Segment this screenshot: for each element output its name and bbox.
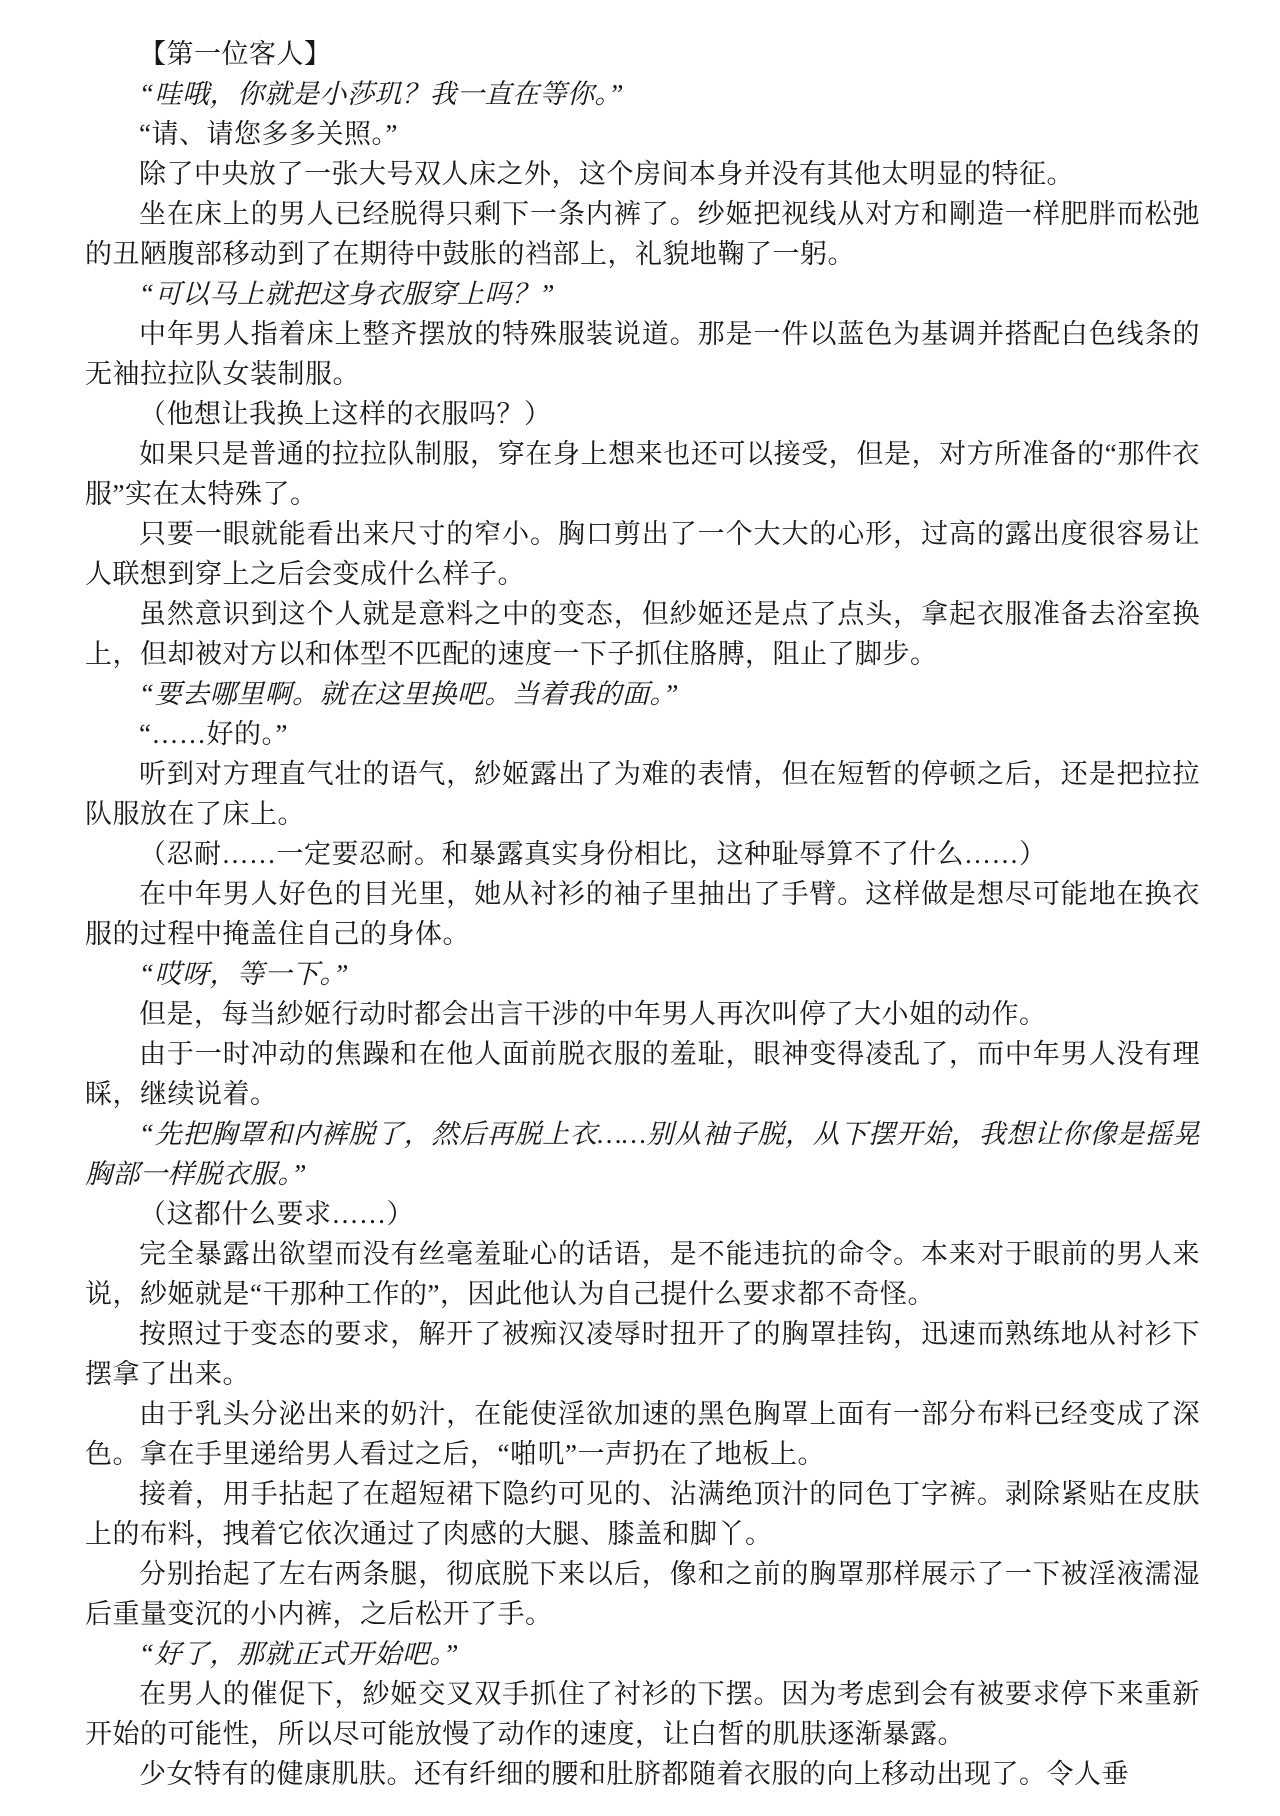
paragraph: 坐在床上的男人已经脱得只剩下一条内裤了。纱姬把视线从对方和剛造一样肥胖而松弛的丑… bbox=[85, 194, 1200, 274]
paragraph: 分别抬起了左右两条腿，彻底脱下来以后，像和之前的胸罩那样展示了一下被淫液濡湿后重… bbox=[85, 1554, 1200, 1634]
section-header: 【第一位客人】 bbox=[85, 34, 1200, 74]
novel-page: 【第一位客人】“哇哦，你就是小莎玑？我一直在等你。”“请、请您多多关照。”除了中… bbox=[0, 0, 1280, 1816]
paragraph: “要去哪里啊。就在这里换吧。当着我的面。” bbox=[85, 674, 1200, 714]
paragraph: 但是，每当紗姬行动时都会出言干涉的中年男人再次叫停了大小姐的动作。 bbox=[85, 994, 1200, 1034]
paragraph: “可以马上就把这身衣服穿上吗？” bbox=[85, 274, 1200, 314]
paragraph: 由于一时冲动的焦躁和在他人面前脱衣服的羞耻，眼神变得凌乱了，而中年男人没有理睬，… bbox=[85, 1034, 1200, 1114]
paragraph: （这都什么要求……） bbox=[85, 1194, 1200, 1234]
paragraph: 接着，用手拈起了在超短裙下隐约可见的、沾满绝顶汁的同色丁字裤。剥除紧贴在皮肤上的… bbox=[85, 1474, 1200, 1554]
paragraph: （他想让我换上这样的衣服吗？） bbox=[85, 394, 1200, 434]
paragraph: 按照过于变态的要求，解开了被痴汉凌辱时扭开了的胸罩挂钩，迅速而熟练地从衬衫下摆拿… bbox=[85, 1314, 1200, 1394]
paragraph: 在中年男人好色的目光里，她从衬衫的袖子里抽出了手臂。这样做是想尽可能地在换衣服的… bbox=[85, 874, 1200, 954]
paragraph: 少女特有的健康肌肤。还有纤细的腰和肚脐都随着衣服的向上移动出现了。令人垂 bbox=[85, 1754, 1200, 1794]
paragraph: “……好的。” bbox=[85, 714, 1200, 754]
paragraph: 只要一眼就能看出来尺寸的窄小。胸口剪出了一个大大的心形，过高的露出度很容易让人联… bbox=[85, 514, 1200, 594]
paragraph: “哎呀，等一下。” bbox=[85, 954, 1200, 994]
paragraph: “哇哦，你就是小莎玑？我一直在等你。” bbox=[85, 74, 1200, 114]
paragraph: 如果只是普通的拉拉队制服，穿在身上想来也还可以接受，但是，对方所准备的“那件衣服… bbox=[85, 434, 1200, 514]
paragraph: 完全暴露出欲望而没有丝毫羞耻心的话语，是不能违抗的命令。本来对于眼前的男人来说，… bbox=[85, 1234, 1200, 1314]
paragraph: 由于乳头分泌出来的奶汁，在能使淫欲加速的黑色胸罩上面有一部分布料已经变成了深色。… bbox=[85, 1394, 1200, 1474]
paragraph: 除了中央放了一张大号双人床之外，这个房间本身并没有其他太明显的特征。 bbox=[85, 154, 1200, 194]
paragraph: 中年男人指着床上整齐摆放的特殊服装说道。那是一件以蓝色为基调并搭配白色线条的无袖… bbox=[85, 314, 1200, 394]
paragraph: “请、请您多多关照。” bbox=[85, 114, 1200, 154]
paragraph: 虽然意识到这个人就是意料之中的变态，但紗姬还是点了点头，拿起衣服准备去浴室换上，… bbox=[85, 594, 1200, 674]
paragraph: “好了，那就正式开始吧。” bbox=[85, 1634, 1200, 1674]
paragraph: （忍耐……一定要忍耐。和暴露真实身份相比，这种耻辱算不了什么……） bbox=[85, 834, 1200, 874]
page-content: 【第一位客人】“哇哦，你就是小莎玑？我一直在等你。”“请、请您多多关照。”除了中… bbox=[85, 34, 1200, 1794]
paragraph: 在男人的催促下，紗姬交叉双手抓住了衬衫的下摆。因为考虑到会有被要求停下来重新开始… bbox=[85, 1674, 1200, 1754]
paragraph: “先把胸罩和内裤脱了，然后再脱上衣……别从袖子脱，从下摆开始，我想让你像是摇晃胸… bbox=[85, 1114, 1200, 1194]
paragraph: 听到对方理直气壮的语气，紗姬露出了为难的表情，但在短暂的停顿之后，还是把拉拉队服… bbox=[85, 754, 1200, 834]
